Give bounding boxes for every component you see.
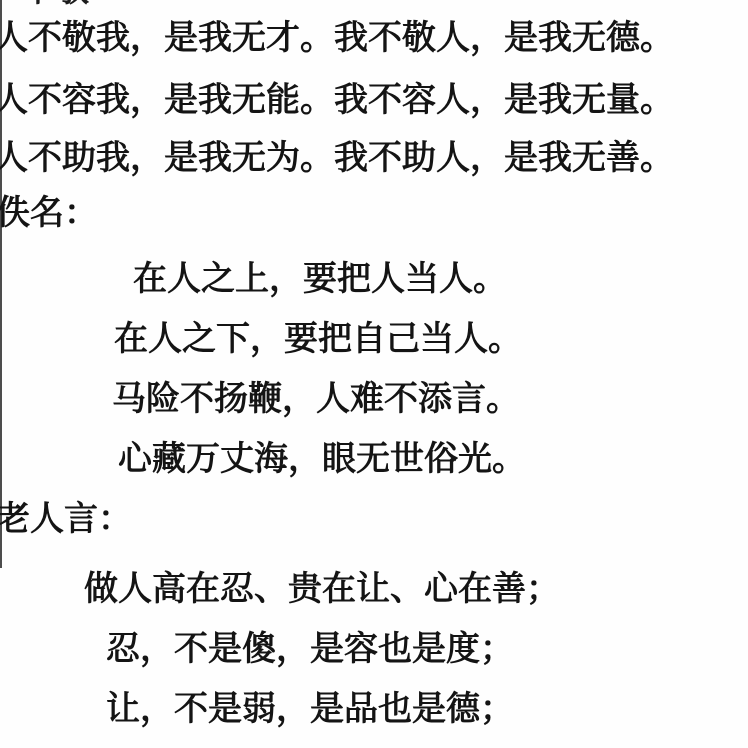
quote-line-3: 马险不扬鞭，人难不添言。: [112, 381, 520, 419]
clipped-text-fragment: 不敬: [21, 0, 117, 9]
attribution-anonymous: 佚名：: [0, 195, 98, 233]
attribution-elders-saying: 老人言：: [0, 501, 132, 539]
proverb-line-2: 人不容我，是我无能。我不容人，是我无量。: [0, 82, 674, 120]
document-page: 不敬 人不敬我，是我无才。我不敬人，是我无德。 人不容我，是我无能。我不容人，是…: [0, 0, 748, 748]
elders-line-2: 忍，不是傻，是容也是度；: [106, 631, 514, 669]
quote-line-1: 在人之上，要把人当人。: [133, 261, 507, 299]
elders-line-3: 让，不是弱，是品也是德；: [106, 691, 514, 729]
quote-line-4: 心藏万丈海，眼无世俗光。: [118, 441, 526, 479]
proverb-line-1: 人不敬我，是我无才。我不敬人，是我无德。: [0, 20, 674, 58]
clipped-text-fragment-glyphs: 不敬: [21, 0, 89, 8]
elders-line-1: 做人高在忍、贵在让、心在善；: [84, 571, 560, 609]
proverb-line-3: 人不助我，是我无为。我不助人，是我无善。: [0, 140, 674, 178]
quote-line-2: 在人之下，要把自己当人。: [114, 321, 522, 359]
